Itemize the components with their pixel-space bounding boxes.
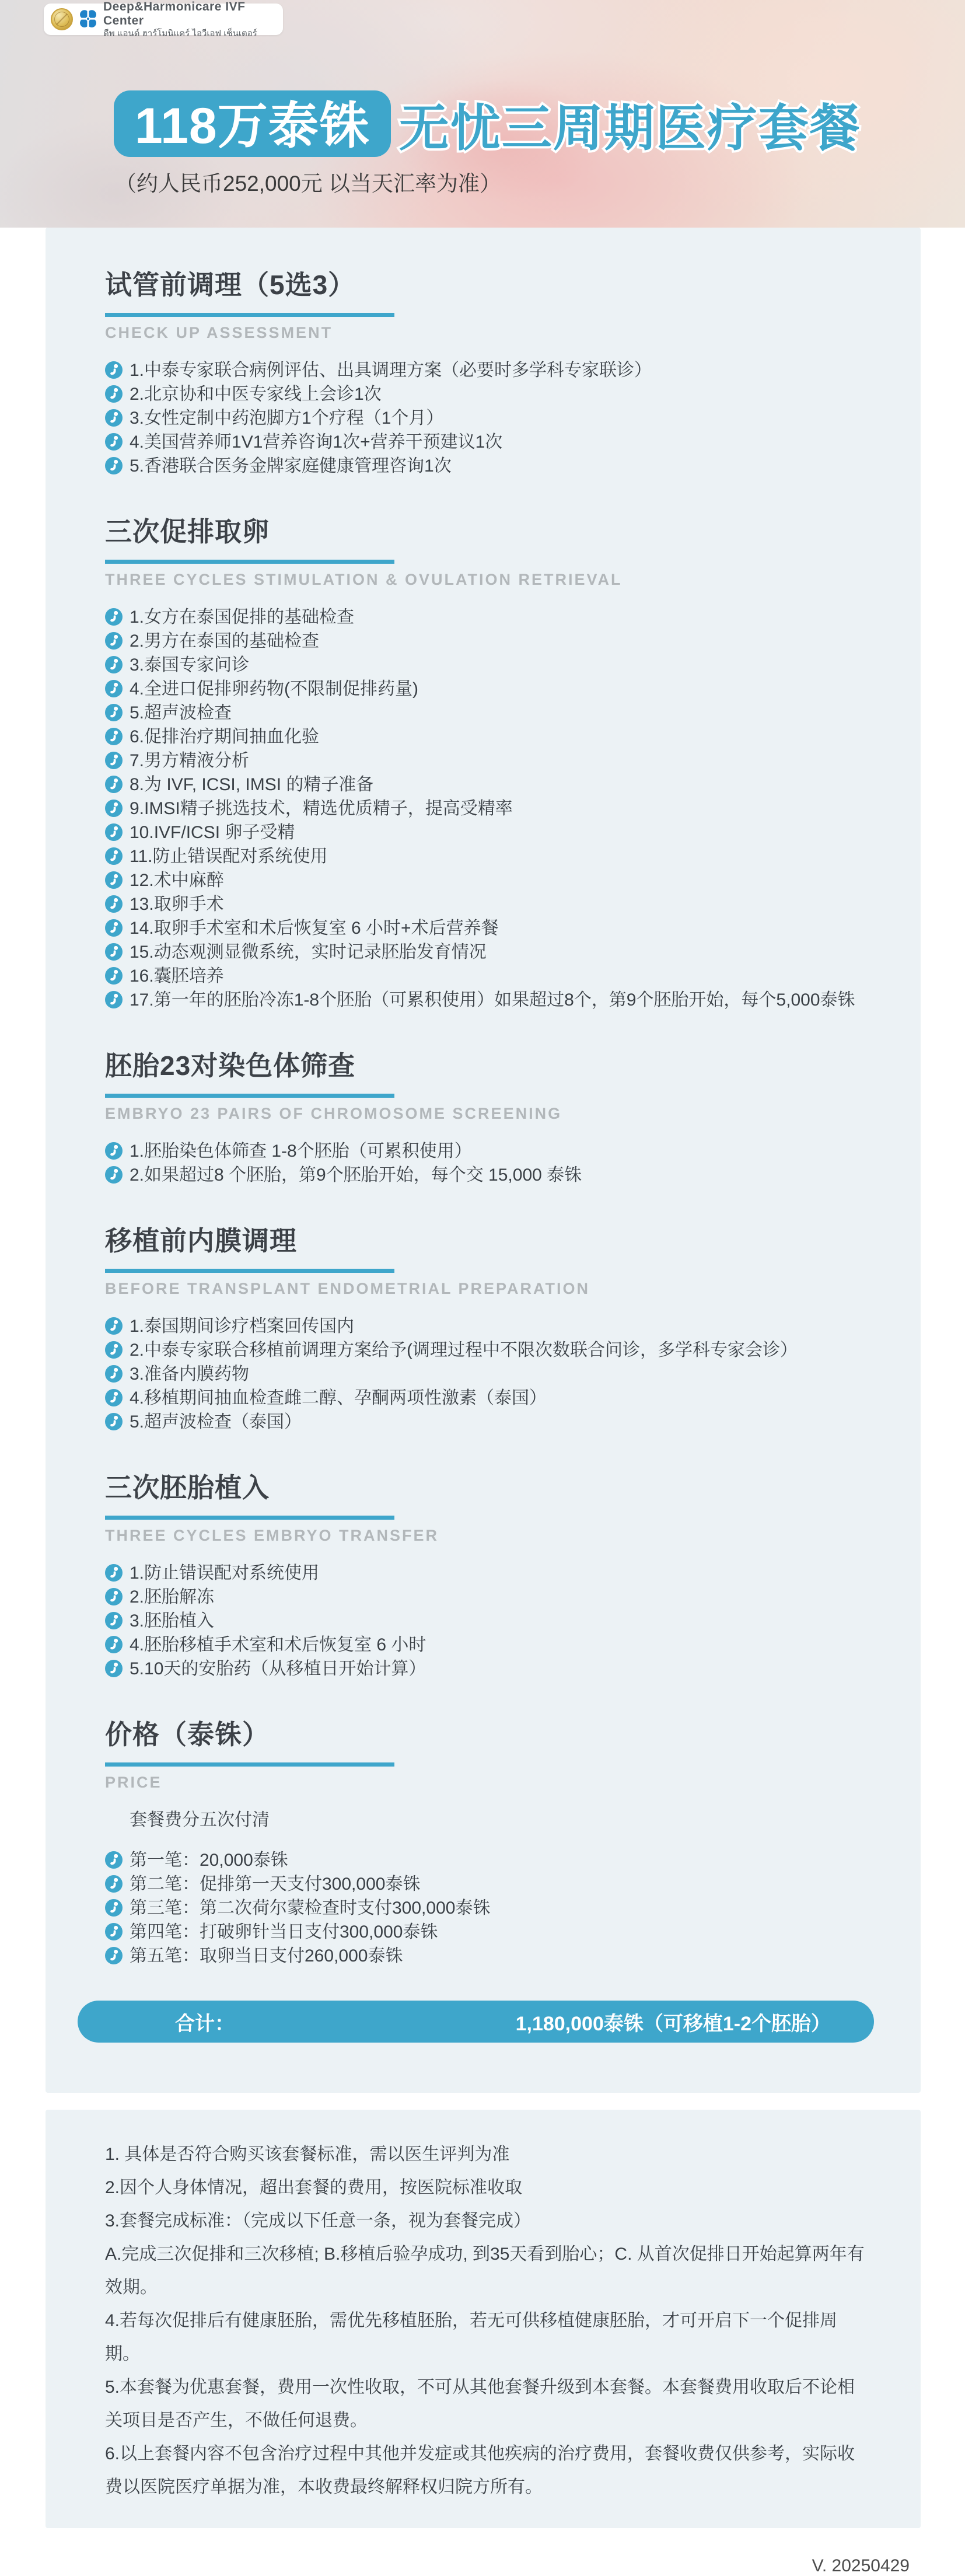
package-item: 第二笔：促排第一天支付300,000泰铢	[105, 1872, 903, 1896]
baby-bullet-icon	[105, 1341, 123, 1359]
baby-bullet-icon	[105, 1413, 123, 1430]
item-text: 10.IVF/ICSI 卵子受精	[130, 821, 295, 844]
package-item: 3.胚胎植入	[105, 1609, 903, 1633]
package-section: 试管前调理（5选3） CHECK UP ASSESSMENT 1.中泰专家联合病…	[105, 264, 903, 478]
section-title: 三次胚胎植入	[105, 1467, 903, 1505]
package-item: 1.女方在泰国促排的基础检查	[105, 605, 903, 629]
section-underline	[105, 560, 394, 564]
baby-bullet-icon	[105, 1851, 123, 1869]
item-text: 4.移植期间抽血检查雌二醇、孕酮两项性激素（泰国）	[130, 1386, 547, 1410]
package-item: 第四笔：打破卵针当日支付300,000泰铢	[105, 1920, 903, 1944]
logo-title: Deep&Harmonicare IVF Center	[103, 0, 276, 28]
baby-bullet-icon	[105, 1588, 123, 1605]
item-text: 1.防止错误配对系统使用	[130, 1561, 319, 1585]
baby-bullet-icon	[105, 1142, 123, 1160]
package-item: 2.胚胎解冻	[105, 1585, 903, 1609]
package-section: 移植前内膜调理 BEFORE TRANSPLANT ENDOMETRIAL PR…	[105, 1220, 903, 1434]
term-note: 4.若每次促排后有健康胚胎，需优先移植胚胎，若无可供移植健康胚胎，才可开启下一个…	[105, 2304, 865, 2371]
baby-bullet-icon	[105, 632, 123, 650]
item-text: 4.全进口促排卵药物(不限制促排药量)	[130, 677, 418, 701]
item-text: 3.女性定制中药泡脚方1个疗程（1个月）	[130, 406, 443, 430]
baby-bullet-icon	[105, 409, 123, 427]
total-bar: 合计： 1,180,000泰铢（可移植1-2个胚胎）	[78, 2001, 874, 2043]
package-item: 5.香港联合医务金牌家庭健康管理咨询1次	[105, 454, 903, 478]
item-text: 1.泰国期间诊疗档案回传国内	[130, 1314, 354, 1338]
baby-bullet-icon	[105, 433, 123, 451]
item-text: 1.中泰专家联合病例评估、出具调理方案（必要时多学科专家联诊）	[130, 358, 652, 382]
item-text: 3.泰国专家问诊	[130, 653, 249, 677]
baby-bullet-icon	[105, 1166, 123, 1184]
baby-bullet-icon	[105, 457, 123, 474]
item-text: 3.准备内膜药物	[130, 1362, 249, 1386]
item-text: 2.北京协和中医专家线上会诊1次	[130, 382, 382, 406]
item-text: 12.术中麻醉	[130, 868, 224, 892]
package-item: 3.女性定制中药泡脚方1个疗程（1个月）	[105, 406, 903, 430]
section-subtitle-en: PRICE	[105, 1774, 903, 1792]
item-text: 4.美国营养师1V1营养咨询1次+营养干预建议1次	[130, 430, 502, 454]
section-underline	[105, 1269, 394, 1273]
section-title: 三次促排取卵	[105, 511, 903, 549]
clover-cross-logo-icon	[78, 9, 99, 30]
item-text: 6.促排治疗期间抽血化验	[130, 725, 319, 749]
section-subtitle-en: THREE CYCLES STIMULATION & OVULATION RET…	[105, 571, 903, 589]
package-item: 9.IMSI精子挑选技术，精选优质精子，提高受精率	[105, 797, 903, 821]
package-item: 第三笔：第二次荷尔蒙检查时支付300,000泰铢	[105, 1896, 903, 1920]
package-section: 胚胎23对染色体筛查 EMBRYO 23 PAIRS OF CHROMOSOME…	[105, 1045, 903, 1187]
baby-bullet-icon	[105, 1947, 123, 1964]
baby-bullet-icon	[105, 800, 123, 817]
item-text: 5.超声波检查	[130, 701, 232, 725]
section-title: 移植前内膜调理	[105, 1220, 903, 1258]
baby-bullet-icon	[105, 1636, 123, 1653]
section-item-list: 1.泰国期间诊疗档案回传国内 2.中泰专家联合移植前调理方案给予(调理过程中不限…	[105, 1314, 903, 1434]
item-text: 5.10天的安胎药（从移植日开始计算）	[130, 1657, 426, 1681]
baby-bullet-icon	[105, 1875, 123, 1893]
package-section: 价格（泰铢） PRICE 套餐费分五次付清 第一笔：20,000泰铢 第二笔：促…	[105, 1713, 903, 1968]
baby-bullet-icon	[105, 680, 123, 697]
section-underline	[105, 313, 394, 317]
term-note: 2.因个人身体情况，超出套餐的费用，按医院标准收取	[105, 2171, 865, 2204]
package-item: 8.为 IVF, ICSI, IMSI 的精子准备	[105, 773, 903, 797]
package-item: 3.泰国专家问诊	[105, 653, 903, 677]
package-item: 4.胚胎移植手术室和术后恢复室 6 小时	[105, 1633, 903, 1657]
package-item: 1.防止错误配对系统使用	[105, 1561, 903, 1585]
rmb-conversion-note: （约人民币252,000元 以当天汇率为准）	[115, 166, 501, 197]
baby-bullet-icon	[105, 1365, 123, 1383]
item-text: 5.超声波检查（泰国）	[130, 1410, 302, 1434]
package-item: 10.IVF/ICSI 卵子受精	[105, 821, 903, 844]
item-text: 第五笔：取卵当日支付260,000泰铢	[130, 1944, 403, 1968]
item-text: 13.取卵手术	[130, 892, 224, 916]
main-title: 118万泰铢 无忧三周期医疗套餐	[114, 88, 861, 160]
package-item: 16.囊胚培养	[105, 964, 903, 988]
package-item: 3.准备内膜药物	[105, 1362, 903, 1386]
baby-bullet-icon	[105, 752, 123, 769]
package-item: 15.动态观测显微系统，实时记录胚胎发育情况	[105, 940, 903, 964]
package-item: 1.泰国期间诊疗档案回传国内	[105, 1314, 903, 1338]
term-note: 3.套餐完成标准：（完成以下任意一条，视为套餐完成）	[105, 2204, 865, 2238]
baby-bullet-icon	[105, 1923, 123, 1940]
item-text: 8.为 IVF, ICSI, IMSI 的精子准备	[130, 773, 373, 797]
item-text: 2.中泰专家联合移植前调理方案给予(调理过程中不限次数联合问诊，多学科专家会诊）	[130, 1338, 798, 1362]
baby-bullet-icon	[105, 1660, 123, 1677]
baby-bullet-icon	[105, 1612, 123, 1629]
package-item: 2.中泰专家联合移植前调理方案给予(调理过程中不限次数联合问诊，多学科专家会诊）	[105, 1338, 903, 1362]
total-value: 1,180,000泰铢（可移植1-2个胚胎）	[516, 2008, 831, 2036]
section-subtitle-en: BEFORE TRANSPLANT ENDOMETRIAL PREPARATIO…	[105, 1280, 903, 1298]
item-text: 14.取卵手术室和术后恢复室 6 小时+术后营养餐	[130, 916, 499, 940]
section-underline	[105, 1762, 394, 1767]
baby-bullet-icon	[105, 361, 123, 379]
baby-bullet-icon	[105, 728, 123, 745]
gold-coin-logo-icon	[51, 8, 73, 30]
package-item: 5.超声波检查	[105, 701, 903, 725]
package-item: 7.男方精液分析	[105, 749, 903, 773]
package-item: 2.如果超过8 个胚胎，第9个胚胎开始，每个交 15,000 泰铢	[105, 1163, 903, 1187]
package-item: 5.10天的安胎药（从移植日开始计算）	[105, 1657, 903, 1681]
baby-bullet-icon	[105, 776, 123, 793]
section-subtitle-en: CHECK UP ASSESSMENT	[105, 324, 903, 342]
baby-bullet-icon	[105, 919, 123, 937]
item-text: 7.男方精液分析	[130, 749, 249, 773]
logo-subtitle-thai: ดีพ แอนด์ ฮาร์โมนิแคร์ ไอวีเอฟ เซ็นเตอร์	[103, 29, 276, 39]
item-text: 2.胚胎解冻	[130, 1585, 214, 1609]
section-item-list: 1.中泰专家联合病例评估、出具调理方案（必要时多学科专家联诊） 2.北京协和中医…	[105, 358, 903, 478]
section-item-list: 1.女方在泰国促排的基础检查 2.男方在泰国的基础检查 3.泰国专家问诊 4.全…	[105, 605, 903, 1012]
version-label: V. 20250429	[0, 2556, 965, 2576]
total-label: 合计：	[175, 2008, 235, 2036]
baby-bullet-icon	[105, 823, 123, 841]
baby-bullet-icon	[105, 871, 123, 889]
item-text: 5.香港联合医务金牌家庭健康管理咨询1次	[130, 454, 452, 478]
baby-bullet-icon	[105, 967, 123, 985]
package-item: 12.术中麻醉	[105, 868, 903, 892]
package-item: 5.超声波检查（泰国）	[105, 1410, 903, 1434]
item-text: 9.IMSI精子挑选技术，精选优质精子，提高受精率	[130, 797, 513, 821]
package-item: 14.取卵手术室和术后恢复室 6 小时+术后营养餐	[105, 916, 903, 940]
section-underline	[105, 1094, 394, 1098]
package-item: 13.取卵手术	[105, 892, 903, 916]
section-subtitle-en: THREE CYCLES EMBRYO TRANSFER	[105, 1527, 903, 1545]
package-item: 4.移植期间抽血检查雌二醇、孕酮两项性激素（泰国）	[105, 1386, 903, 1410]
package-item: 17.第一年的胚胎冷冻1-8个胚胎（可累积使用）如果超过8个，第9个胚胎开始，每…	[105, 988, 903, 1012]
term-note: 6.以上套餐内容不包含治疗过程中其他并发症或其他疾病的治疗费用，套餐收费仅供参考…	[105, 2437, 865, 2504]
section-item-list: 1.胚胎染色体筛查 1-8个胚胎（可累积使用） 2.如果超过8 个胚胎，第9个胚…	[105, 1139, 903, 1187]
item-text: 4.胚胎移植手术室和术后恢复室 6 小时	[130, 1633, 426, 1657]
baby-bullet-icon	[105, 1899, 123, 1917]
item-text: 第二笔：促排第一天支付300,000泰铢	[130, 1872, 420, 1896]
baby-bullet-icon	[105, 1564, 123, 1582]
term-note: 1. 具体是否符合购买该套餐标准，需以医生评判为准	[105, 2138, 865, 2171]
term-note: 5.本套餐为优惠套餐，费用一次性收取，不可从其他套餐升级到本套餐。本套餐费用收取…	[105, 2371, 865, 2437]
hero-baby-photo: Deep&Harmonicare IVF Center ดีพ แอนด์ ฮา…	[0, 0, 965, 228]
baby-bullet-icon	[105, 704, 123, 721]
clinic-logo: Deep&Harmonicare IVF Center ดีพ แอนด์ ฮา…	[44, 4, 283, 35]
term-note: A.完成三次促排和三次移植; B.移植后验孕成功, 到35天看到胎心；C. 从首…	[105, 2238, 865, 2304]
section-title: 价格（泰铢）	[105, 1713, 903, 1752]
baby-bullet-icon	[105, 1389, 123, 1406]
baby-bullet-icon	[105, 895, 123, 913]
item-text: 2.男方在泰国的基础检查	[130, 629, 319, 653]
section-intro: 套餐费分五次付清	[130, 1808, 903, 1832]
package-title: 无忧三周期医疗套餐	[399, 88, 861, 160]
section-item-list: 1.防止错误配对系统使用 2.胚胎解冻 3.胚胎植入 4.胚胎移植手术室和术后恢…	[105, 1561, 903, 1681]
package-item: 1.中泰专家联合病例评估、出具调理方案（必要时多学科专家联诊）	[105, 358, 903, 382]
item-text: 2.如果超过8 个胚胎，第9个胚胎开始，每个交 15,000 泰铢	[130, 1163, 582, 1187]
section-underline	[105, 1516, 394, 1520]
package-item: 1.胚胎染色体筛查 1-8个胚胎（可累积使用）	[105, 1139, 903, 1163]
item-text: 3.胚胎植入	[130, 1609, 214, 1633]
baby-bullet-icon	[105, 1317, 123, 1335]
terms-card: 1. 具体是否符合购买该套餐标准，需以医生评判为准2.因个人身体情况，超出套餐的…	[46, 2110, 921, 2528]
item-text: 15.动态观测显微系统，实时记录胚胎发育情况	[130, 940, 487, 964]
package-item: 第五笔：取卵当日支付260,000泰铢	[105, 1944, 903, 1968]
section-subtitle-en: EMBRYO 23 PAIRS OF CHROMOSOME SCREENING	[105, 1105, 903, 1123]
package-item: 2.北京协和中医专家线上会诊1次	[105, 382, 903, 406]
package-section: 三次胚胎植入 THREE CYCLES EMBRYO TRANSFER 1.防止…	[105, 1467, 903, 1681]
package-item: 2.男方在泰国的基础检查	[105, 629, 903, 653]
package-item: 第一笔：20,000泰铢	[105, 1848, 903, 1872]
item-text: 16.囊胚培养	[130, 964, 224, 988]
baby-bullet-icon	[105, 608, 123, 626]
item-text: 第四笔：打破卵针当日支付300,000泰铢	[130, 1920, 438, 1944]
item-text: 1.女方在泰国促排的基础检查	[130, 605, 354, 629]
price-badge: 118万泰铢	[114, 90, 391, 157]
item-text: 1.胚胎染色体筛查 1-8个胚胎（可累积使用）	[130, 1139, 472, 1163]
baby-bullet-icon	[105, 656, 123, 673]
baby-bullet-icon	[105, 385, 123, 403]
page: Deep&Harmonicare IVF Center ดีพ แอนด์ ฮา…	[0, 0, 965, 2576]
package-item: 4.全进口促排卵药物(不限制促排药量)	[105, 677, 903, 701]
section-title: 胚胎23对染色体筛查	[105, 1045, 903, 1083]
item-text: 第三笔：第二次荷尔蒙检查时支付300,000泰铢	[130, 1896, 490, 1920]
baby-bullet-icon	[105, 943, 123, 961]
package-item: 6.促排治疗期间抽血化验	[105, 725, 903, 749]
package-section: 三次促排取卵 THREE CYCLES STIMULATION & OVULAT…	[105, 511, 903, 1012]
package-details-card: 试管前调理（5选3） CHECK UP ASSESSMENT 1.中泰专家联合病…	[46, 228, 921, 2093]
item-text: 第一笔：20,000泰铢	[130, 1848, 288, 1872]
section-title: 试管前调理（5选3）	[105, 264, 903, 302]
section-item-list: 第一笔：20,000泰铢 第二笔：促排第一天支付300,000泰铢 第三笔：第二…	[105, 1848, 903, 1968]
item-text: 17.第一年的胚胎冷冻1-8个胚胎（可累积使用）如果超过8个，第9个胚胎开始，每…	[130, 988, 855, 1012]
package-item: 11.防止错误配对系统使用	[105, 844, 903, 868]
package-item: 4.美国营养师1V1营养咨询1次+营养干预建议1次	[105, 430, 903, 454]
item-text: 11.防止错误配对系统使用	[130, 844, 327, 868]
baby-bullet-icon	[105, 991, 123, 1008]
baby-bullet-icon	[105, 847, 123, 865]
